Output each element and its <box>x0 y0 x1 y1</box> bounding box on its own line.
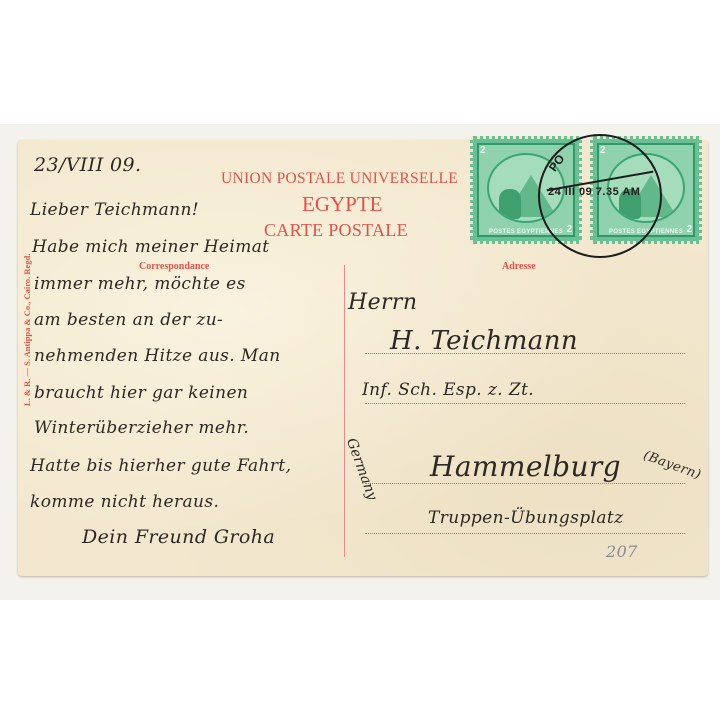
address-rule <box>365 533 685 535</box>
sphinx-icon <box>499 189 521 219</box>
recipient-name: H. Teichmann <box>390 326 578 356</box>
message-line: immer mehr, möchte es <box>34 274 246 294</box>
stamp-value: 2 <box>686 224 692 235</box>
publisher-imprint: L. & R. — S. Antippa & Co., Cairo. Regd. <box>22 254 32 406</box>
correspondence-label: Correspondance <box>139 261 209 272</box>
message-line: Hatte bis hierher gute Fahrt, <box>30 456 291 476</box>
country-heading: EGYPTE <box>302 192 383 217</box>
center-divider <box>344 265 345 557</box>
address-city: Hammelburg <box>430 450 621 483</box>
message-line: Lieber Teichmann! <box>30 200 199 220</box>
message-line: Habe mich meiner Heimat <box>32 237 270 257</box>
address-rule <box>365 403 685 405</box>
message-line: am besten an der zu- <box>34 310 223 330</box>
postmark-date: 24 III 09 7.35 AM <box>548 186 640 198</box>
message-date: 23/VIII 09. <box>34 154 141 176</box>
message-line: braucht hier gar keinen <box>34 383 248 403</box>
union-postale-heading: UNION POSTALE UNIVERSELLE <box>221 170 458 188</box>
message-line: nehmenden Hitze aus. Man <box>34 346 281 366</box>
address-rule <box>365 483 685 485</box>
address-line: Inf. Sch. Esp. z. Zt. <box>362 380 534 400</box>
message-line: komme nicht heraus. <box>30 492 219 512</box>
pencil-note: 207 <box>606 542 638 561</box>
address-region: (Bayern) <box>641 448 703 483</box>
message-line: Winterüberzieher mehr. <box>34 418 249 438</box>
address-salutation: Herrn <box>348 290 417 315</box>
stamp-value: 2 <box>480 145 486 156</box>
postcard: UNION POSTALE UNIVERSELLE EGYPTE CARTE P… <box>18 140 708 576</box>
card-type-heading: CARTE POSTALE <box>264 220 408 241</box>
country-note: Germany <box>343 436 380 502</box>
message-signature: Dein Freund Groha <box>82 526 275 548</box>
address-label: Adresse <box>502 261 536 272</box>
postmark-cancellation: PO 24 III 09 7.35 AM <box>538 134 662 258</box>
address-line: Truppen-Übungsplatz <box>428 508 624 528</box>
